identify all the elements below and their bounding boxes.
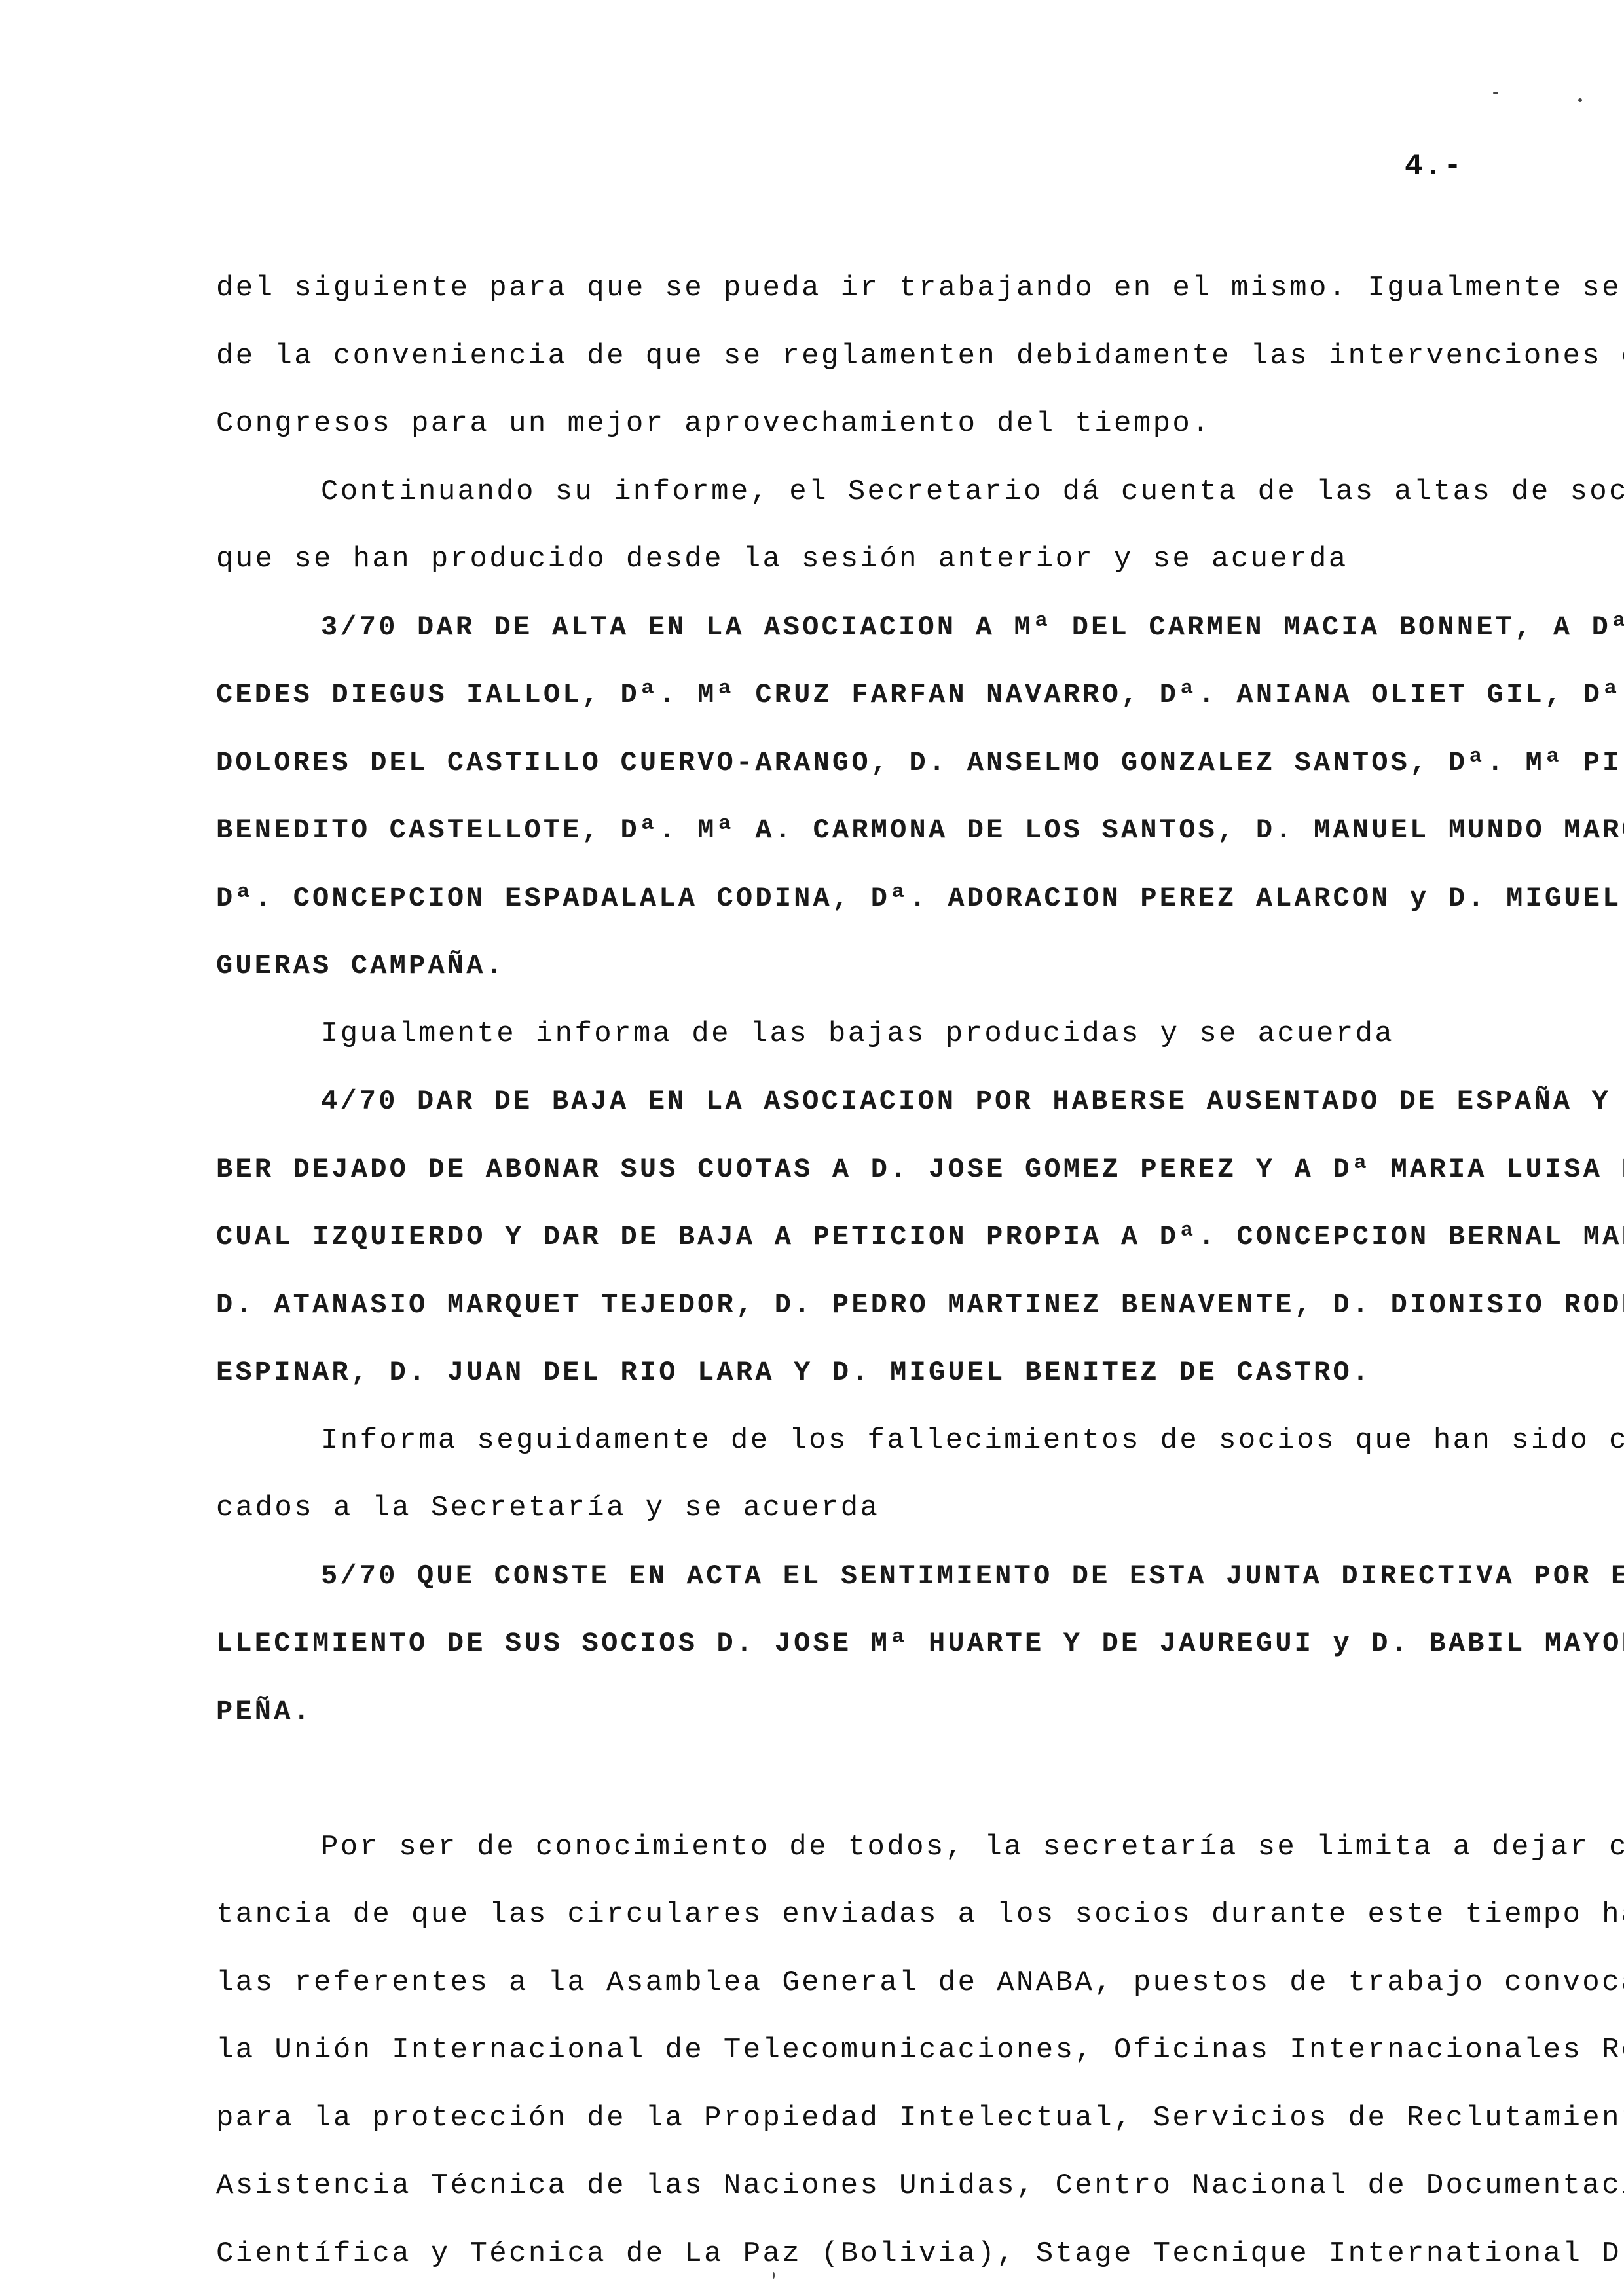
resolution-text-line: CUAL IZQUIERDO Y DAR DE BAJA A PETICION … xyxy=(216,1211,1516,1279)
body-text-line: que se han producido desde la sesión ant… xyxy=(216,533,1516,601)
resolution-text-line: 5/70 QUE CONSTE EN ACTA EL SENTIMIENTO D… xyxy=(216,1550,1516,1618)
resolution-text-line: DOLORES DEL CASTILLO CUERVO-ARANGO, D. A… xyxy=(216,737,1516,805)
resolution-text-line: BENEDITO CASTELLOTE, Dª. Mª A. CARMONA D… xyxy=(216,804,1516,872)
resolution-text-line: LLECIMIENTO DE SUS SOCIOS D. JOSE Mª HUA… xyxy=(216,1617,1516,1685)
resolution-text-line: GUERAS CAMPAÑA. xyxy=(216,940,1516,1008)
resolution-text-line: 4/70 DAR DE BAJA EN LA ASOCIACION POR HA… xyxy=(216,1075,1516,1143)
resolution-text-line: CEDES DIEGUS IALLOL, Dª. Mª CRUZ FARFAN … xyxy=(216,669,1516,737)
body-text-line: para la protección de la Propiedad Intel… xyxy=(216,2092,1516,2160)
resolution-text-line: PEÑA. xyxy=(216,1685,1516,1753)
body-text-line: Continuando su informe, el Secretario dá… xyxy=(216,466,1516,534)
resolution-text-line: D. ATANASIO MARQUET TEJEDOR, D. PEDRO MA… xyxy=(216,1279,1516,1347)
resolution-text-line: BER DEJADO DE ABONAR SUS CUOTAS A D. JOS… xyxy=(216,1143,1516,1211)
scan-speck xyxy=(1493,92,1498,94)
resolution-text-line: ESPINAR, D. JUAN DEL RIO LARA Y D. MIGUE… xyxy=(216,1346,1516,1414)
scan-speck xyxy=(1578,98,1582,102)
body-text-line: Por ser de conocimiento de todos, la sec… xyxy=(216,1821,1516,1889)
body-text-line: Congresos para un mejor aprovechamiento … xyxy=(216,397,1516,466)
blank-line xyxy=(216,1753,1516,1821)
document-body: del siguiente para que se pueda ir traba… xyxy=(216,262,1516,2295)
body-text-line: tancia de que las circulares enviadas a … xyxy=(216,1888,1516,1956)
body-text-line: de la conveniencia de que se reglamenten… xyxy=(216,330,1516,398)
body-text-line: las referentes a la Asamblea General de … xyxy=(216,1956,1516,2025)
body-text-line: Asistencia Técnica de las Naciones Unida… xyxy=(216,2159,1516,2228)
body-text-line: del siguiente para que se pueda ir traba… xyxy=(216,262,1516,330)
body-text-line: Informa seguidamente de los fallecimient… xyxy=(216,1414,1516,1482)
resolution-text-line: 3/70 DAR DE ALTA EN LA ASOCIACION A Mª D… xyxy=(216,601,1516,669)
body-text-line: cados a la Secretaría y se acuerda xyxy=(216,1482,1516,1550)
resolution-text-line: Dª. CONCEPCION ESPADALALA CODINA, Dª. AD… xyxy=(216,872,1516,940)
page-number: 4.- xyxy=(1405,149,1463,183)
body-text-line: Científica y Técnica de La Paz (Bolivia)… xyxy=(216,2228,1516,2295)
body-text-line: Igualmente informa de las bajas producid… xyxy=(216,1008,1516,1076)
body-text-line: la Unión Internacional de Telecomunicaci… xyxy=(216,2024,1516,2092)
document-page: 4.- del siguiente para que se pueda ir t… xyxy=(0,0,1624,2295)
